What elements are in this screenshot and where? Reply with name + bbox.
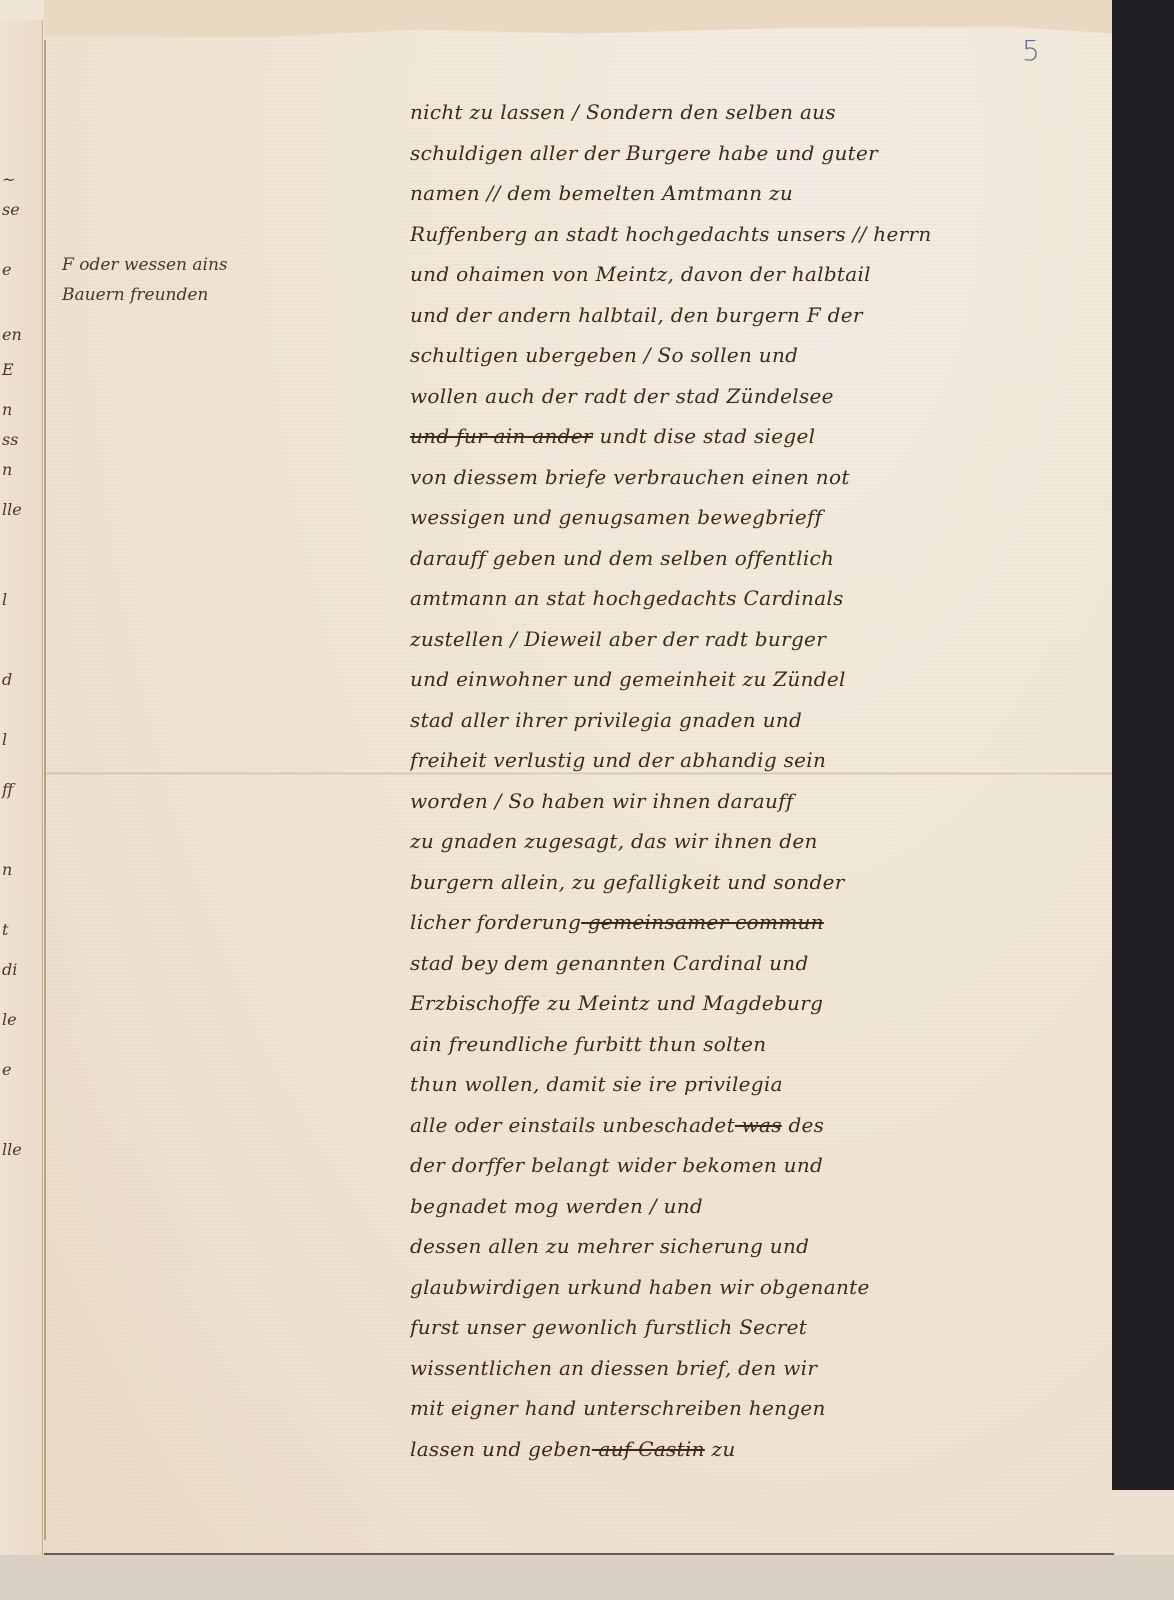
folio-number: 5	[1022, 34, 1040, 67]
line-text: amtmann an stat hochgedachts Cardinals	[410, 586, 844, 610]
manuscript-line: und einwohner und gemeinheit zu Zündel	[410, 659, 1120, 700]
line-text: stad aller ihrer privilegia gnaden und	[410, 708, 802, 732]
manuscript-line: wissentlichen an diessen brief, den wir	[410, 1348, 1120, 1389]
line-text: zu gnaden zugesagt, das wir ihnen den	[410, 829, 818, 853]
left-page-fragment: l	[2, 730, 7, 749]
line-text-continued: undt dise stad siegel	[593, 424, 816, 448]
line-text: schultigen ubergeben / So sollen und	[410, 343, 798, 367]
line-text: ain freundliche furbitt thun solten	[410, 1032, 766, 1056]
left-page-fragment: n	[2, 400, 12, 419]
line-text: namen // dem bemelten Amtmann zu	[410, 181, 793, 205]
line-text: freiheit verlustig und der abhandig sein	[410, 748, 826, 772]
manuscript-line: zu gnaden zugesagt, das wir ihnen den	[410, 821, 1120, 862]
left-page-fragment: n	[2, 860, 12, 879]
manuscript-line: schultigen ubergeben / So sollen und	[410, 335, 1120, 376]
struck-text: auf Castin	[592, 1437, 705, 1461]
underlying-sheet	[0, 1555, 1174, 1600]
line-text: zustellen / Dieweil aber der radt burger	[410, 627, 826, 651]
manuscript-line: wessigen und genugsamen bewegbrieff	[410, 497, 1120, 538]
manuscript-line: namen // dem bemelten Amtmann zu	[410, 173, 1120, 214]
left-page-fragment: ff	[2, 780, 13, 799]
line-text: wissentlichen an diessen brief, den wir	[410, 1356, 817, 1380]
left-page-fragment: e	[2, 260, 11, 279]
line-text: stad bey dem genannten Cardinal und	[410, 951, 809, 975]
left-page-fragment: se	[2, 200, 20, 219]
left-page-fragment: d	[2, 670, 12, 689]
line-text: wollen auch der radt der stad Zündelsee	[410, 384, 834, 408]
line-text: der dorffer belangt wider bekomen und	[410, 1153, 823, 1177]
line-text: glaubwirdigen urkund haben wir obgenante	[410, 1275, 870, 1299]
manuscript-line: worden / So haben wir ihnen darauff	[410, 781, 1120, 822]
manuscript-line: mit eigner hand unterschreiben hengen	[410, 1388, 1120, 1429]
left-page-fragment: t	[2, 920, 8, 939]
manuscript-line: der dorffer belangt wider bekomen und	[410, 1145, 1120, 1186]
left-page-fragment: ~	[2, 170, 15, 189]
line-text: schuldigen aller der Burgere habe und gu…	[410, 141, 878, 165]
left-page-fragment: lle	[2, 500, 22, 519]
manuscript-line: stad aller ihrer privilegia gnaden und	[410, 700, 1120, 741]
binding-fold	[44, 40, 46, 1540]
manuscript-line: Erzbischoffe zu Meintz und Magdeburg	[410, 983, 1120, 1024]
manuscript-line: und fur ain ander undt dise stad siegel	[410, 416, 1120, 457]
line-text: lassen und geben	[410, 1437, 592, 1461]
line-text: furst unser gewonlich furstlich Secret	[410, 1315, 807, 1339]
left-page-fragment: en	[2, 325, 22, 344]
margin-note-line: Bauern freunden	[62, 280, 362, 310]
manuscript-line: darauff geben und dem selben offentlich	[410, 538, 1120, 579]
left-page-fragment: ss	[2, 430, 18, 449]
line-text: burgern allein, zu gefalligkeit und sond…	[410, 870, 845, 894]
line-text: dessen allen zu mehrer sicherung und	[410, 1234, 809, 1258]
line-text: wessigen und genugsamen bewegbrieff	[410, 505, 822, 529]
line-text-continued: zu	[705, 1437, 736, 1461]
manuscript-line: nicht zu lassen / Sondern den selben aus	[410, 92, 1120, 133]
line-text: licher forderung	[410, 910, 581, 934]
manuscript-line: stad bey dem genannten Cardinal und	[410, 943, 1120, 984]
left-page-fragment: di	[2, 960, 17, 979]
line-text: nicht zu lassen / Sondern den selben aus	[410, 100, 836, 124]
struck-text: was	[735, 1113, 782, 1137]
manuscript-line: lassen und geben auf Castin zu	[410, 1429, 1120, 1470]
line-text: und fur ain ander	[410, 424, 593, 448]
line-text: und einwohner und gemeinheit zu Zündel	[410, 667, 846, 691]
manuscript-line: burgern allein, zu gefalligkeit und sond…	[410, 862, 1120, 903]
manuscript-line: ain freundliche furbitt thun solten	[410, 1024, 1120, 1065]
manuscript-line: dessen allen zu mehrer sicherung und	[410, 1226, 1120, 1267]
line-text: begnadet mog werden / und	[410, 1194, 703, 1218]
manuscript-line: thun wollen, damit sie ire privilegia	[410, 1064, 1120, 1105]
margin-note: F oder wessen ains Bauern freunden	[62, 250, 362, 310]
left-page-fragment: le	[2, 1010, 17, 1029]
manuscript-line: licher forderung gemeinsamer commun	[410, 902, 1120, 943]
main-text-block: nicht zu lassen / Sondern den selben aus…	[410, 92, 1120, 1469]
manuscript-line: alle oder einstails unbeschadet was des	[410, 1105, 1120, 1146]
line-text: thun wollen, damit sie ire privilegia	[410, 1072, 783, 1096]
left-page-fragment: e	[2, 1060, 11, 1079]
manuscript-line: schuldigen aller der Burgere habe und gu…	[410, 133, 1120, 174]
manuscript-line: und ohaimen von Meintz, davon der halbta…	[410, 254, 1120, 295]
struck-text: gemeinsamer commun	[581, 910, 824, 934]
line-text: und der andern halbtail, den burgern F d…	[410, 303, 863, 327]
scanned-page: ~seeenEnssnlleldlffntdileelle 5 F oder w…	[0, 0, 1174, 1600]
manuscript-line: amtmann an stat hochgedachts Cardinals	[410, 578, 1120, 619]
line-text: Erzbischoffe zu Meintz und Magdeburg	[410, 991, 823, 1015]
line-text: und ohaimen von Meintz, davon der halbta…	[410, 262, 871, 286]
left-page-fragment: n	[2, 460, 12, 479]
manuscript-line: Ruffenberg an stadt hochgedachts unsers …	[410, 214, 1120, 255]
manuscript-line: furst unser gewonlich furstlich Secret	[410, 1307, 1120, 1348]
line-text-continued: des	[782, 1113, 824, 1137]
manuscript-line: und der andern halbtail, den burgern F d…	[410, 295, 1120, 336]
line-text: Ruffenberg an stadt hochgedachts unsers …	[410, 222, 932, 246]
manuscript-line: von diessem briefe verbrauchen einen not	[410, 457, 1120, 498]
left-page-fragment: lle	[2, 1140, 22, 1159]
manuscript-line: zustellen / Dieweil aber der radt burger	[410, 619, 1120, 660]
margin-note-line: F oder wessen ains	[62, 250, 362, 280]
manuscript-line: begnadet mog werden / und	[410, 1186, 1120, 1227]
manuscript-line: wollen auch der radt der stad Zündelsee	[410, 376, 1120, 417]
manuscript-line: freiheit verlustig und der abhandig sein	[410, 740, 1120, 781]
line-text: worden / So haben wir ihnen darauff	[410, 789, 794, 813]
manuscript-line: glaubwirdigen urkund haben wir obgenante	[410, 1267, 1120, 1308]
scan-background-edge	[1112, 0, 1174, 1490]
line-text: von diessem briefe verbrauchen einen not	[410, 465, 850, 489]
previous-leaf-edge: ~seeenEnssnlleldlffntdileelle	[0, 20, 43, 1555]
line-text: alle oder einstails unbeschadet	[410, 1113, 735, 1137]
left-page-fragment: l	[2, 590, 7, 609]
line-text: darauff geben und dem selben offentlich	[410, 546, 834, 570]
line-text: mit eigner hand unterschreiben hengen	[410, 1396, 826, 1420]
left-page-fragment: E	[2, 360, 14, 379]
